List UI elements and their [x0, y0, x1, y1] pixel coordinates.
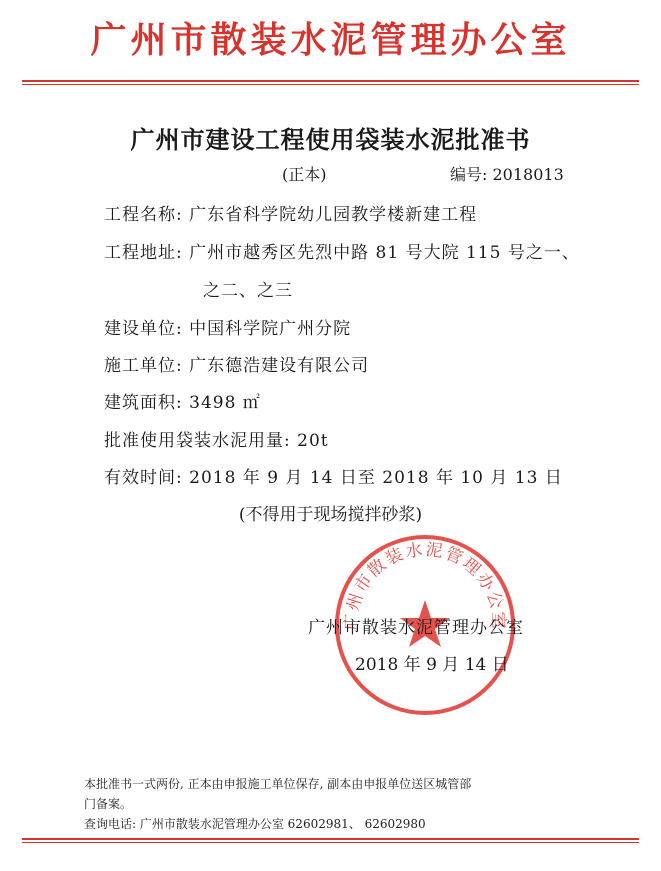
footer-contact: 查询电话: 广州市散装水泥管理办公室 62602981、 62602980	[84, 815, 426, 832]
header-divider	[22, 80, 639, 82]
field-floor-area: 建筑面积: 3498 ㎡	[104, 388, 261, 413]
field-project-address-continuation: 之二、之三	[203, 276, 293, 301]
field-label: 工程地址:	[104, 243, 183, 263]
field-value: 广东德浩建设有限公司	[189, 356, 369, 376]
footer-divider	[22, 838, 639, 840]
document-number: 编号: 2018013	[450, 162, 564, 185]
document-number-label: 编号:	[450, 165, 487, 184]
field-valid-period: 有效时间: 2018 年 9 月 14 日至 2018 年 10 月 13 日	[104, 463, 563, 488]
field-approved-quantity: 批准使用袋装水泥用量: 20t	[104, 426, 329, 451]
field-value: 广东省科学院幼儿园教学楼新建工程	[189, 205, 477, 225]
field-project-address: 工程地址: 广州市越秀区先烈中路 81 号大院 115 号之一、	[104, 238, 580, 263]
org-header-title: 广州市散装水泥管理办公室	[0, 18, 661, 62]
field-label: 有效时间:	[104, 468, 183, 488]
issuer-name: 广州市散装水泥管理办公室	[308, 613, 524, 638]
issue-date: 2018 年 9 月 14 日	[355, 650, 509, 675]
field-label: 施工单位:	[104, 356, 183, 376]
field-label: 工程名称:	[104, 205, 183, 225]
field-label: 建设单位:	[104, 319, 183, 339]
document-title: 广州市建设工程使用袋装水泥批准书	[0, 120, 661, 155]
field-value: 3498 ㎡	[189, 393, 261, 413]
field-value: 广州市越秀区先烈中路 81 号大院 115 号之一、	[189, 243, 580, 263]
field-contractor: 施工单位: 广东德浩建设有限公司	[104, 351, 369, 376]
footer-divider-thin	[22, 842, 639, 843]
footer-line-1: 本批准书一式两份, 正本由申报施工单位保存, 副本由申报单位送区城管部	[84, 775, 471, 792]
field-construction-unit: 建设单位: 中国科学院广州分院	[104, 314, 351, 339]
copy-type: (正本)	[282, 162, 327, 185]
field-value: 2018 年 9 月 14 日至 2018 年 10 月 13 日	[189, 468, 563, 488]
field-label: 建筑面积:	[104, 393, 183, 413]
field-value: 中国科学院广州分院	[189, 319, 351, 339]
field-project-name: 工程名称: 广东省科学院幼儿园教学楼新建工程	[104, 200, 477, 225]
footer-line-2: 门备案。	[84, 795, 132, 812]
usage-note: (不得用于现场搅拌砂浆)	[0, 500, 661, 525]
field-value: 20t	[297, 431, 328, 451]
document-number-value: 2018013	[493, 165, 564, 184]
field-label: 批准使用袋装水泥用量:	[104, 431, 291, 451]
header-divider-thin	[22, 84, 639, 85]
